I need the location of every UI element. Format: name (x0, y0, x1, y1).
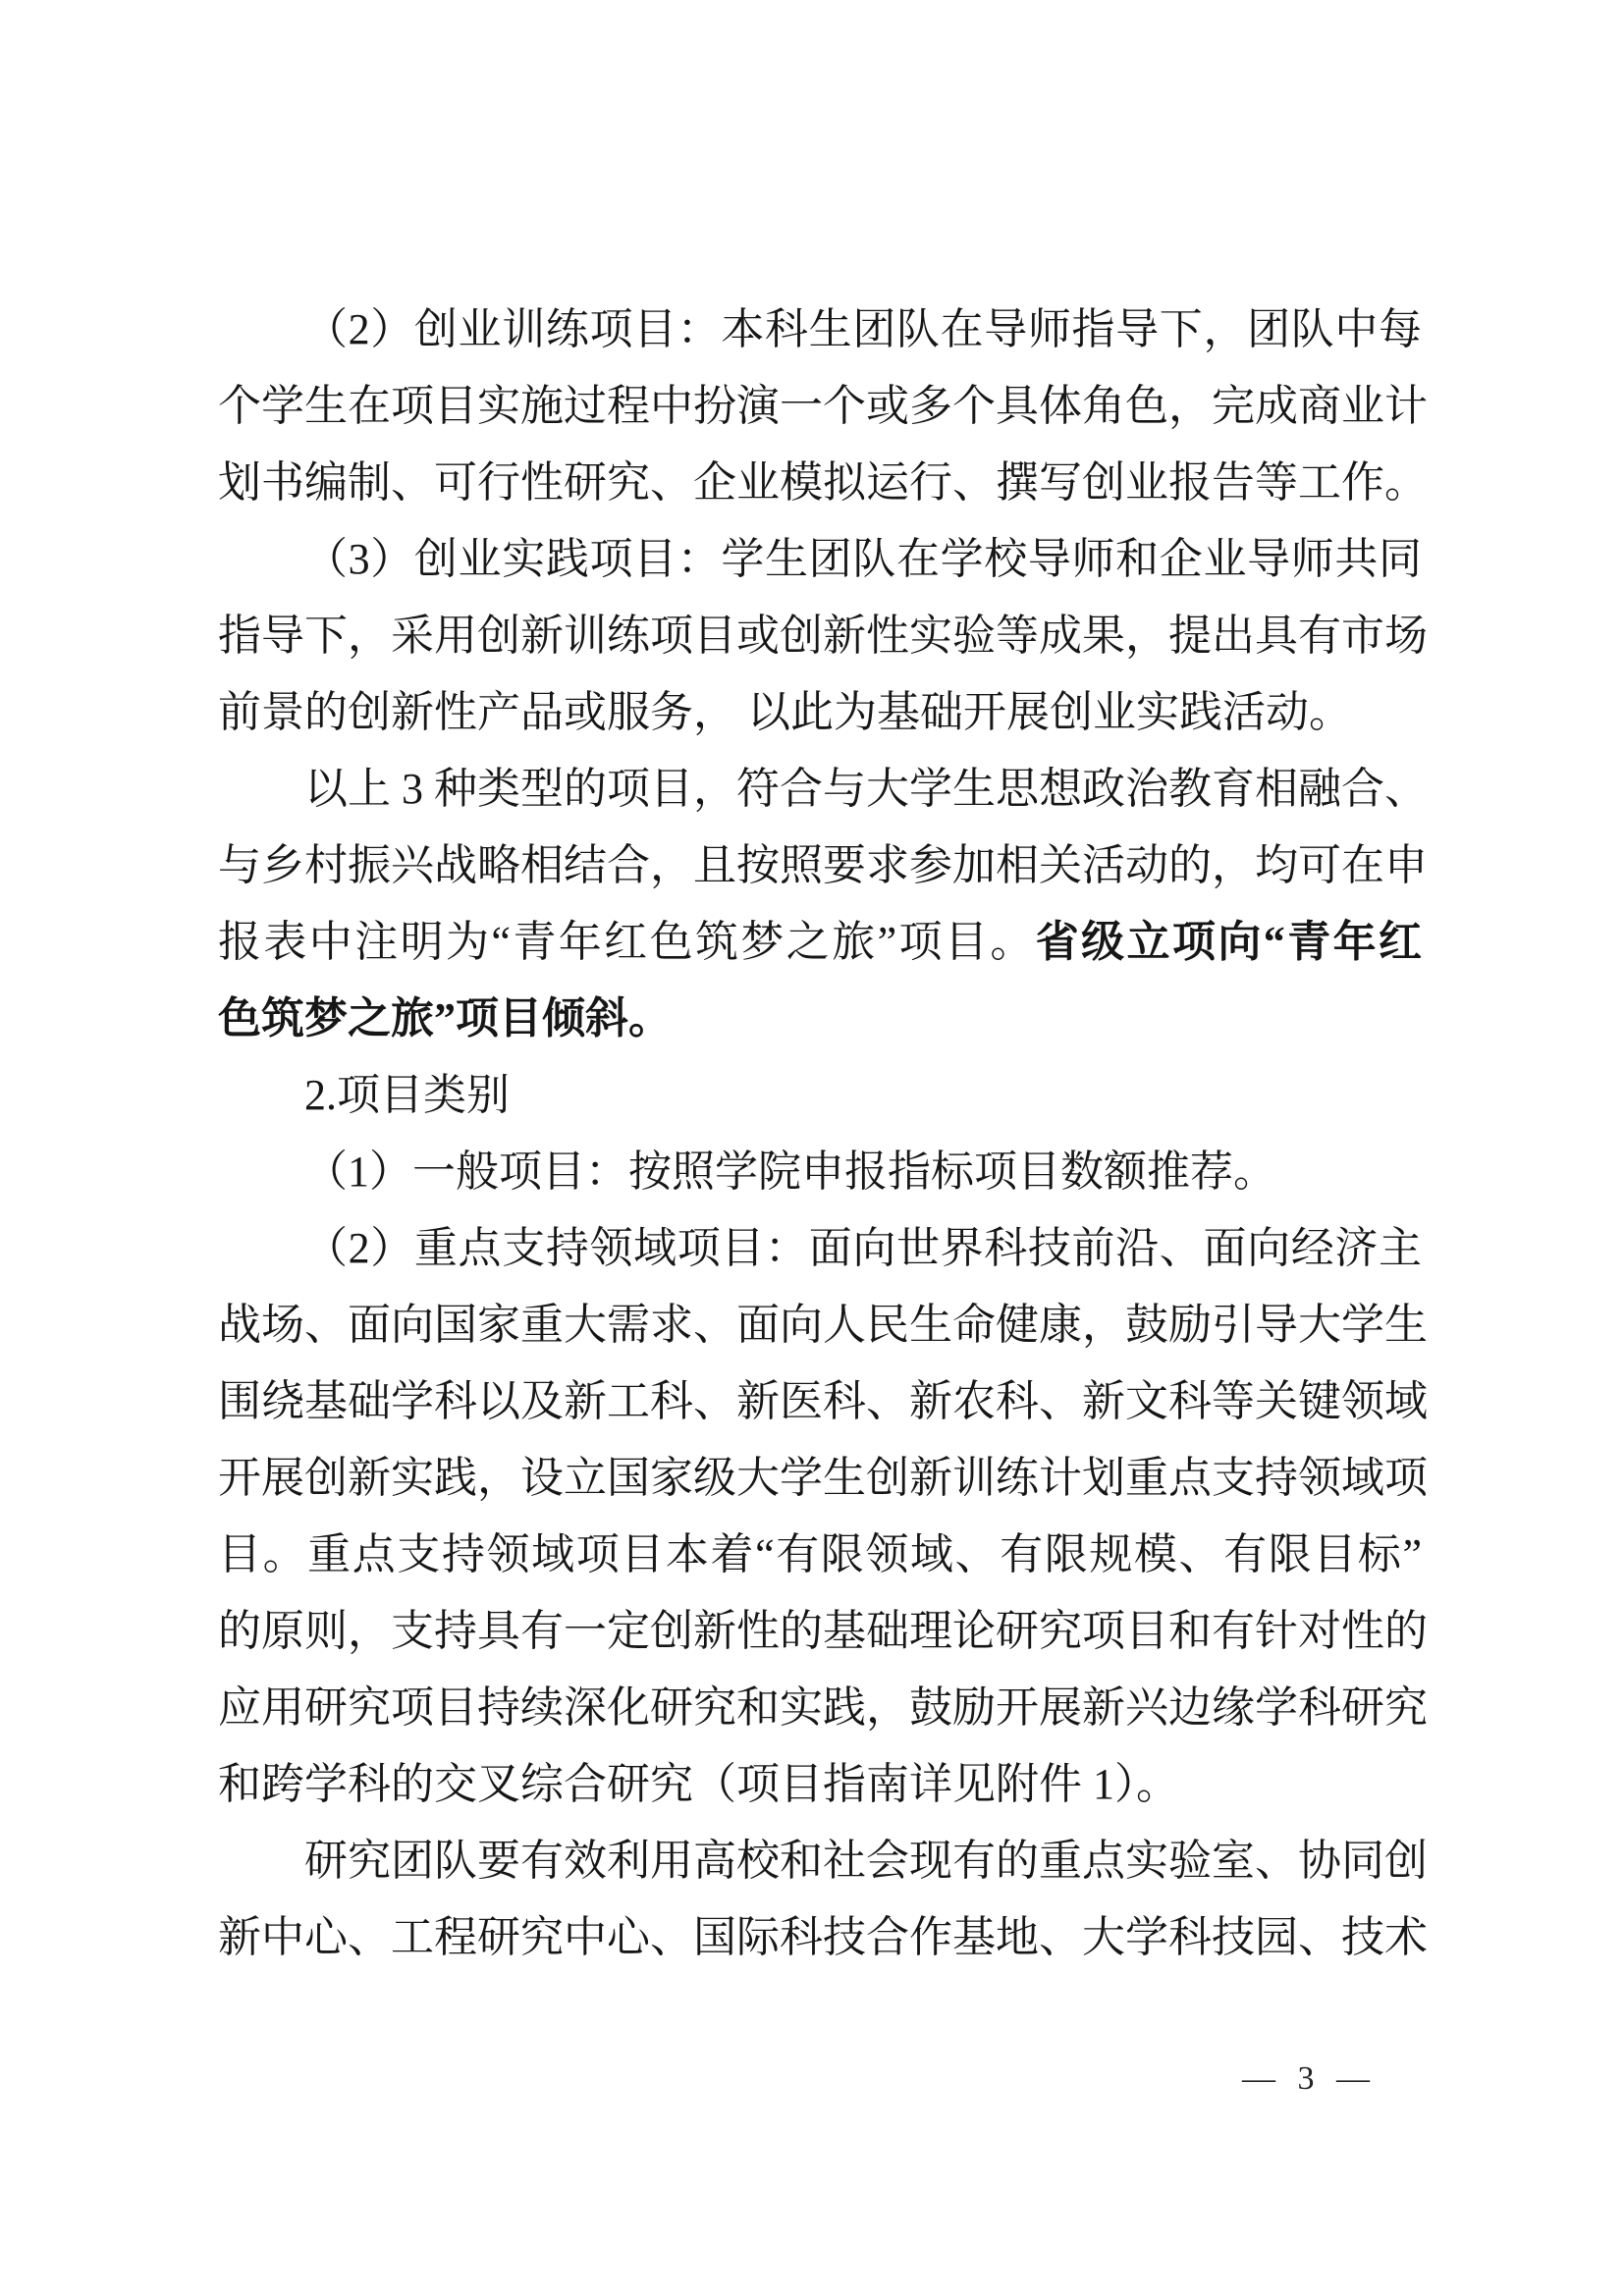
page-number: — 3 — (1218, 2057, 1394, 2101)
text-run: 个学生在项目实施过程中扮演一个或多个具体角色，完成商业计 (218, 382, 1428, 430)
text-run: 和跨学科的交叉综合研究（项目指南详见附件 1）。 (218, 1760, 1179, 1808)
bold-text-run: 省级立项向“青年红 (1036, 918, 1422, 966)
text-line: 与乡村振兴战略相结合，且按照要求参加相关活动的，均可在申 (218, 828, 1422, 904)
text-run: 前景的创新性产品或服务， 以此为基础开展创业实践活动。 (218, 688, 1352, 736)
text-line: 研究团队要有效利用高校和社会现有的重点实验室、协同创 (218, 1823, 1422, 1899)
text-run: （3）创业实践项目：学生团队在学校导师和企业导师共同 (304, 535, 1422, 583)
text-line: （3）创业实践项目：学生团队在学校导师和企业导师共同 (218, 521, 1422, 598)
text-run: （1）一般项目：按照学院申报指标项目数额推荐。 (304, 1148, 1276, 1196)
paragraph: 以上 3 种类型的项目，符合与大学生思想政治教育相融合、与乡村振兴战略相结合，且… (218, 751, 1422, 1057)
text-run: 报表中注明为“青年红色筑梦之旅”项目。 (218, 918, 1036, 966)
text-line: 应用研究项目持续深化研究和实践，鼓励开展新兴边缘学科研究 (218, 1670, 1422, 1746)
text-line: 划书编制、可行性研究、企业模拟运行、撰写创业报告等工作。 (218, 445, 1422, 521)
text-line: （2）创业训练项目：本科生团队在导师指导下，团队中每 (218, 292, 1422, 368)
text-line: 报表中注明为“青年红色筑梦之旅”项目。省级立项向“青年红 (218, 904, 1422, 981)
text-run: 新中心、工程研究中心、国际科技合作基地、大学科技园、技术 (218, 1913, 1428, 1961)
paragraph: （1）一般项目：按照学院申报指标项目数额推荐。 (218, 1134, 1422, 1210)
text-line: （1）一般项目：按照学院申报指标项目数额推荐。 (218, 1134, 1422, 1210)
text-line: 以上 3 种类型的项目，符合与大学生思想政治教育相融合、 (218, 751, 1422, 828)
text-run: （2）重点支持领域项目：面向世界科技前沿、面向经济主 (304, 1224, 1422, 1272)
text-run: 以上 3 种类型的项目，符合与大学生思想政治教育相融合、 (304, 765, 1428, 813)
text-line: 的原则，支持具有一定创新性的基础理论研究项目和有针对性的 (218, 1593, 1422, 1670)
text-run: 2.项目类别 (304, 1071, 510, 1119)
text-run: 划书编制、可行性研究、企业模拟运行、撰写创业报告等工作。 (218, 458, 1428, 507)
paragraph: （2）重点支持领域项目：面向世界科技前沿、面向经济主战场、面向国家重大需求、面向… (218, 1210, 1422, 1823)
text-line: 2.项目类别 (218, 1057, 1422, 1134)
text-line: 前景的创新性产品或服务， 以此为基础开展创业实践活动。 (218, 674, 1422, 751)
text-line: 和跨学科的交叉综合研究（项目指南详见附件 1）。 (218, 1746, 1422, 1823)
text-run: 开展创新实践，设立国家级大学生创新训练计划重点支持领域项 (218, 1454, 1428, 1502)
paragraph: （3）创业实践项目：学生团队在学校导师和企业导师共同指导下，采用创新训练项目或创… (218, 521, 1422, 751)
text-run: 战场、面向国家重大需求、面向人民生命健康，鼓励引导大学生 (218, 1301, 1428, 1349)
text-run: 围绕基础学科以及新工科、新医科、新农科、新文科等关键领域 (218, 1377, 1428, 1425)
text-line: 目。重点支持领域项目本着“有限领域、有限规模、有限目标” (218, 1517, 1422, 1593)
text-line: 新中心、工程研究中心、国际科技合作基地、大学科技园、技术 (218, 1899, 1422, 1976)
text-line: 围绕基础学科以及新工科、新医科、新农科、新文科等关键领域 (218, 1363, 1422, 1440)
text-run: （2）创业训练项目：本科生团队在导师指导下，团队中每 (304, 305, 1422, 353)
bold-text-run: 色筑梦之旅”项目倾斜。 (218, 994, 672, 1042)
text-run: 的原则，支持具有一定创新性的基础理论研究项目和有针对性的 (218, 1607, 1428, 1655)
paragraph: 2.项目类别 (218, 1057, 1422, 1134)
text-line: 开展创新实践，设立国家级大学生创新训练计划重点支持领域项 (218, 1440, 1422, 1517)
text-line: 色筑梦之旅”项目倾斜。 (218, 981, 1422, 1057)
text-line: 个学生在项目实施过程中扮演一个或多个具体角色，完成商业计 (218, 368, 1422, 445)
paragraph: 研究团队要有效利用高校和社会现有的重点实验室、协同创新中心、工程研究中心、国际科… (218, 1823, 1422, 1976)
document-page: （2）创业训练项目：本科生团队在导师指导下，团队中每个学生在项目实施过程中扮演一… (0, 0, 1624, 2296)
text-run: 与乡村振兴战略相结合，且按照要求参加相关活动的，均可在申 (218, 841, 1428, 889)
text-run: 研究团队要有效利用高校和社会现有的重点实验室、协同创 (304, 1837, 1428, 1885)
text-line: 指导下，采用创新训练项目或创新性实验等成果，提出具有市场 (218, 598, 1422, 674)
text-line: 战场、面向国家重大需求、面向人民生命健康，鼓励引导大学生 (218, 1287, 1422, 1363)
paragraph: （2）创业训练项目：本科生团队在导师指导下，团队中每个学生在项目实施过程中扮演一… (218, 292, 1422, 521)
document-body: （2）创业训练项目：本科生团队在导师指导下，团队中每个学生在项目实施过程中扮演一… (218, 292, 1422, 1976)
text-run: 指导下，采用创新训练项目或创新性实验等成果，提出具有市场 (218, 612, 1428, 660)
text-line: （2）重点支持领域项目：面向世界科技前沿、面向经济主 (218, 1210, 1422, 1287)
text-run: 应用研究项目持续深化研究和实践，鼓励开展新兴边缘学科研究 (218, 1683, 1428, 1732)
text-run: 目。重点支持领域项目本着“有限领域、有限规模、有限目标” (218, 1530, 1422, 1578)
